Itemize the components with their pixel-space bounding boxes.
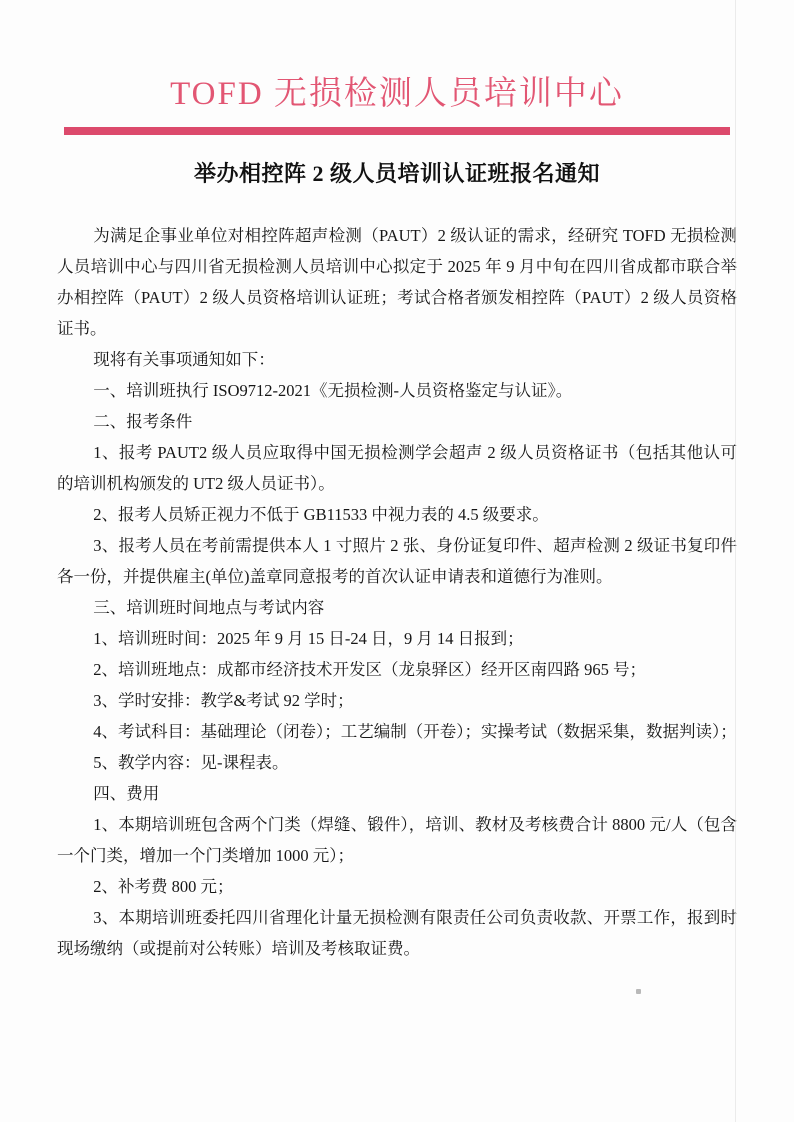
notice-item-payment: 3、本期培训班委托四川省理化计量无损检测有限责任公司负责收款、开票工作，报到时现… <box>57 902 737 964</box>
header-divider-rule <box>64 127 730 135</box>
notice-item-hours: 3、学时安排：教学&考试 92 学时； <box>57 685 737 716</box>
document-header: TOFD 无损检测人员培训中心 <box>0 0 794 135</box>
notice-item-curriculum: 5、教学内容：见-课程表。 <box>57 747 737 778</box>
notice-item-requirement-2: 2、报考人员矫正视力不低于 GB11533 中视力表的 4.5 级要求。 <box>57 499 737 530</box>
notice-item-location: 2、培训班地点：成都市经济技术开发区（龙泉驿区）经开区南四路 965 号； <box>57 654 737 685</box>
notice-section-2-heading: 二、报考条件 <box>57 406 737 437</box>
scan-speck-artifact <box>636 989 641 994</box>
notice-body: 为满足企事业单位对相控阵超声检测（PAUT）2 级认证的需求，经研究 TOFD … <box>57 220 737 964</box>
notice-paragraph-intro: 为满足企事业单位对相控阵超声检测（PAUT）2 级认证的需求，经研究 TOFD … <box>57 220 737 344</box>
notice-section-4-heading: 四、费用 <box>57 778 737 809</box>
organization-title: TOFD 无损检测人员培训中心 <box>0 74 794 114</box>
notice-item-exam-subjects: 4、考试科目：基础理论（闭卷）；工艺编制（开卷）；实操考试（数据采集，数据判读）… <box>57 716 737 747</box>
document-page: { "header": { "title": "TOFD 无损检测人员培训中心"… <box>0 0 794 1122</box>
notice-document: TOFD 无损检测人员培训中心 举办相控阵 2 级人员培训认证班报名通知 为满足… <box>0 0 794 1122</box>
notice-paragraph-lead-in: 现将有关事项通知如下： <box>57 344 737 375</box>
notice-item-requirement-1: 1、报考 PAUT2 级人员应取得中国无损检测学会超声 2 级人员资格证书（包括… <box>57 437 737 499</box>
scan-edge-line <box>735 0 736 1122</box>
notice-section-1-standard: 一、培训班执行 ISO9712-2021《无损检测-人员资格鉴定与认证》。 <box>57 375 737 406</box>
notice-item-schedule: 1、培训班时间：2025 年 9 月 15 日-24 日，9 月 14 日报到； <box>57 623 737 654</box>
notice-item-requirement-3: 3、报考人员在考前需提供本人 1 寸照片 2 张、身份证复印件、超声检测 2 级… <box>57 530 737 592</box>
notice-section-3-heading: 三、培训班时间地点与考试内容 <box>57 592 737 623</box>
notice-item-fee-retake: 2、补考费 800 元； <box>57 871 737 902</box>
notice-title: 举办相控阵 2 级人员培训认证班报名通知 <box>0 159 794 189</box>
notice-item-fee-main: 1、本期培训班包含两个门类（焊缝、锻件），培训、教材及考核费合计 8800 元/… <box>57 809 737 871</box>
